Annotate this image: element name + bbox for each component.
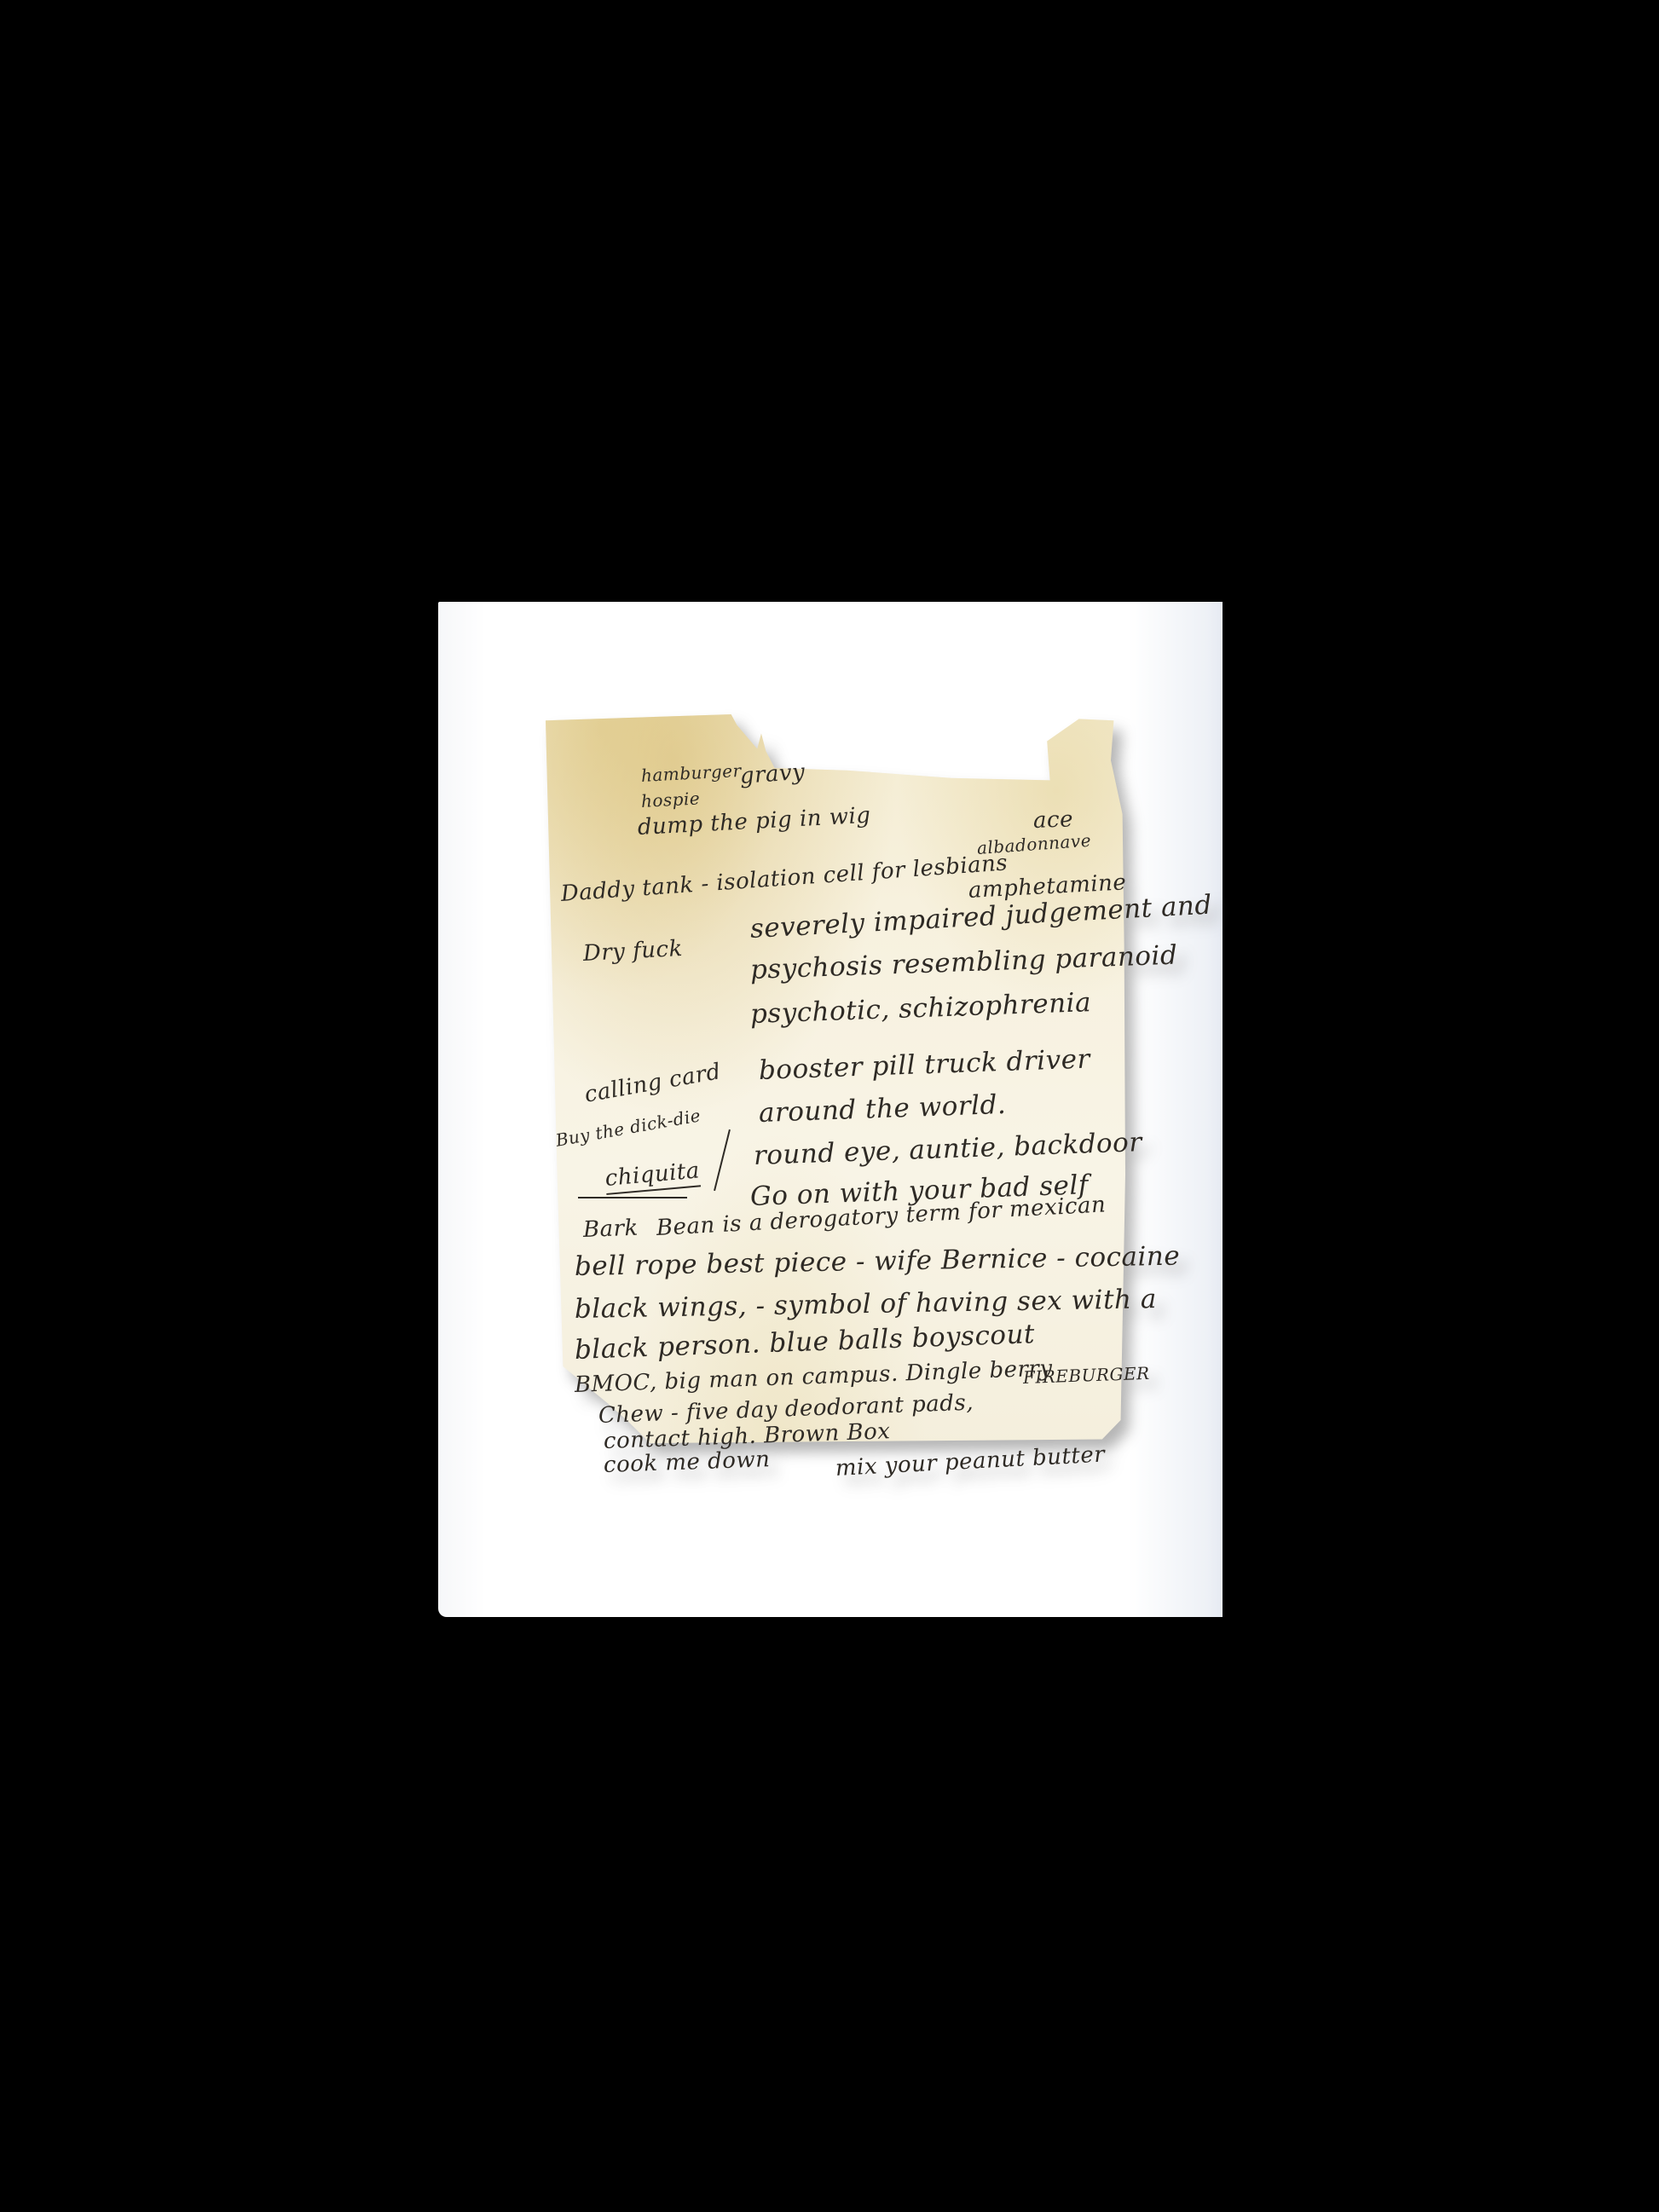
note-line-gravy: gravy xyxy=(739,759,806,789)
note-line-cook-me-down: cook me down xyxy=(603,1447,770,1478)
note-line-dry: Dry fuck xyxy=(582,936,683,967)
handwritten-note: hamburger gravy hospie dump the pig in w… xyxy=(546,714,1125,1481)
divider-rule xyxy=(578,1197,687,1198)
note-line-bark: Bark xyxy=(582,1216,639,1243)
note-line-mix-peanut-butter: mix your peanut butter xyxy=(835,1441,1106,1481)
note-line-hospie: hospie xyxy=(640,788,700,811)
note-line-ace: ace xyxy=(1032,806,1073,834)
